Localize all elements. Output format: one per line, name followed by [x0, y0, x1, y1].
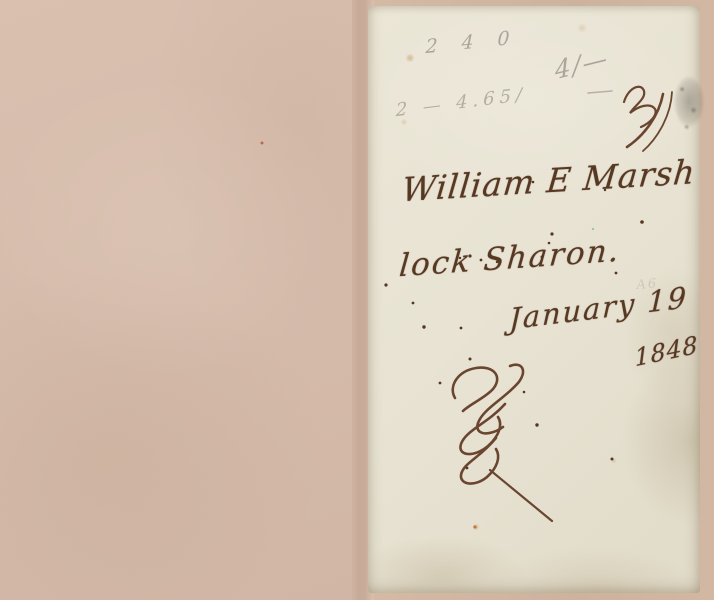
inscription-place: lock Sharon. — [398, 233, 622, 285]
book-scan: 2 4 0 4/— 2 — 4.65/ A6 William E Marsh l… — [0, 0, 714, 600]
graphite-smudge — [666, 64, 712, 148]
left-endpaper — [0, 0, 352, 600]
inscription-flyleaf: 2 4 0 4/— 2 — 4.65/ A6 William E Marsh l… — [368, 6, 700, 593]
inscription-year: 1848 — [634, 330, 699, 372]
inscription-date: January 19 — [509, 280, 689, 336]
pencil-annotation-2: 4/— — [554, 43, 610, 86]
pencil-annotation-3: 2 — 4.65/ — [396, 84, 527, 121]
inscription-owner-name: William E Marsh — [400, 152, 697, 209]
pencil-annotation-1: 2 4 0 — [425, 26, 519, 58]
